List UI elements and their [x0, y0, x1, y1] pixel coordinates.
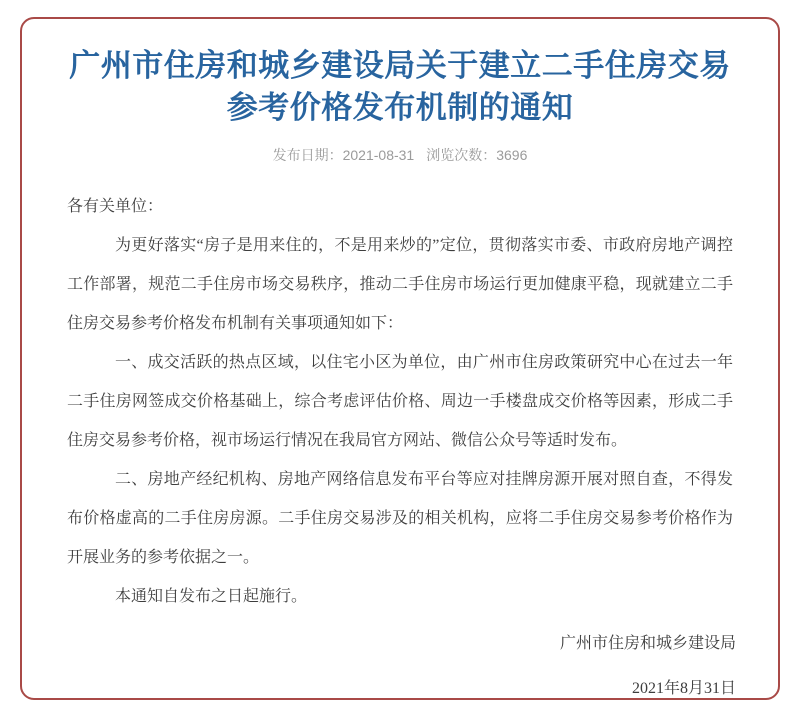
- notice-title: 广州市住房和城乡建设局关于建立二手住房交易参考价格发布机制的通知: [58, 45, 742, 129]
- views-label: 浏览次数：: [426, 147, 496, 163]
- views-value: 3696: [496, 147, 527, 163]
- notice-body: 各有关单位： 为更好落实“房子是用来住的，不是用来炒的”定位，贯彻落实市委、市政…: [67, 187, 733, 616]
- notice-paragraph-intro: 为更好落实“房子是用来住的，不是用来炒的”定位，贯彻落实市委、市政府房地产调控工…: [67, 226, 733, 343]
- publish-date-value: 2021-08-31: [343, 147, 415, 163]
- notice-card: 广州市住房和城乡建设局关于建立二手住房交易参考价格发布机制的通知 发布日期：20…: [20, 17, 780, 700]
- publish-meta: 发布日期：2021-08-31浏览次数：3696: [22, 146, 778, 164]
- signature-date: 2021年8月31日: [67, 669, 736, 708]
- notice-paragraph-item-1: 一、成交活跃的热点区域，以住宅小区为单位，由广州市住房政策研究中心在过去一年二手…: [67, 343, 733, 460]
- salutation: 各有关单位：: [67, 187, 733, 226]
- notice-paragraph-item-2: 二、房地产经纪机构、房地产网络信息发布平台等应对挂牌房源开展对照自查，不得发布价…: [67, 460, 733, 577]
- publish-date-label: 发布日期：: [273, 147, 343, 163]
- notice-paragraph-effective: 本通知自发布之日起施行。: [67, 577, 733, 616]
- signature-block: 广州市住房和城乡建设局 2021年8月31日: [67, 624, 736, 708]
- signature-org: 广州市住房和城乡建设局: [67, 624, 736, 663]
